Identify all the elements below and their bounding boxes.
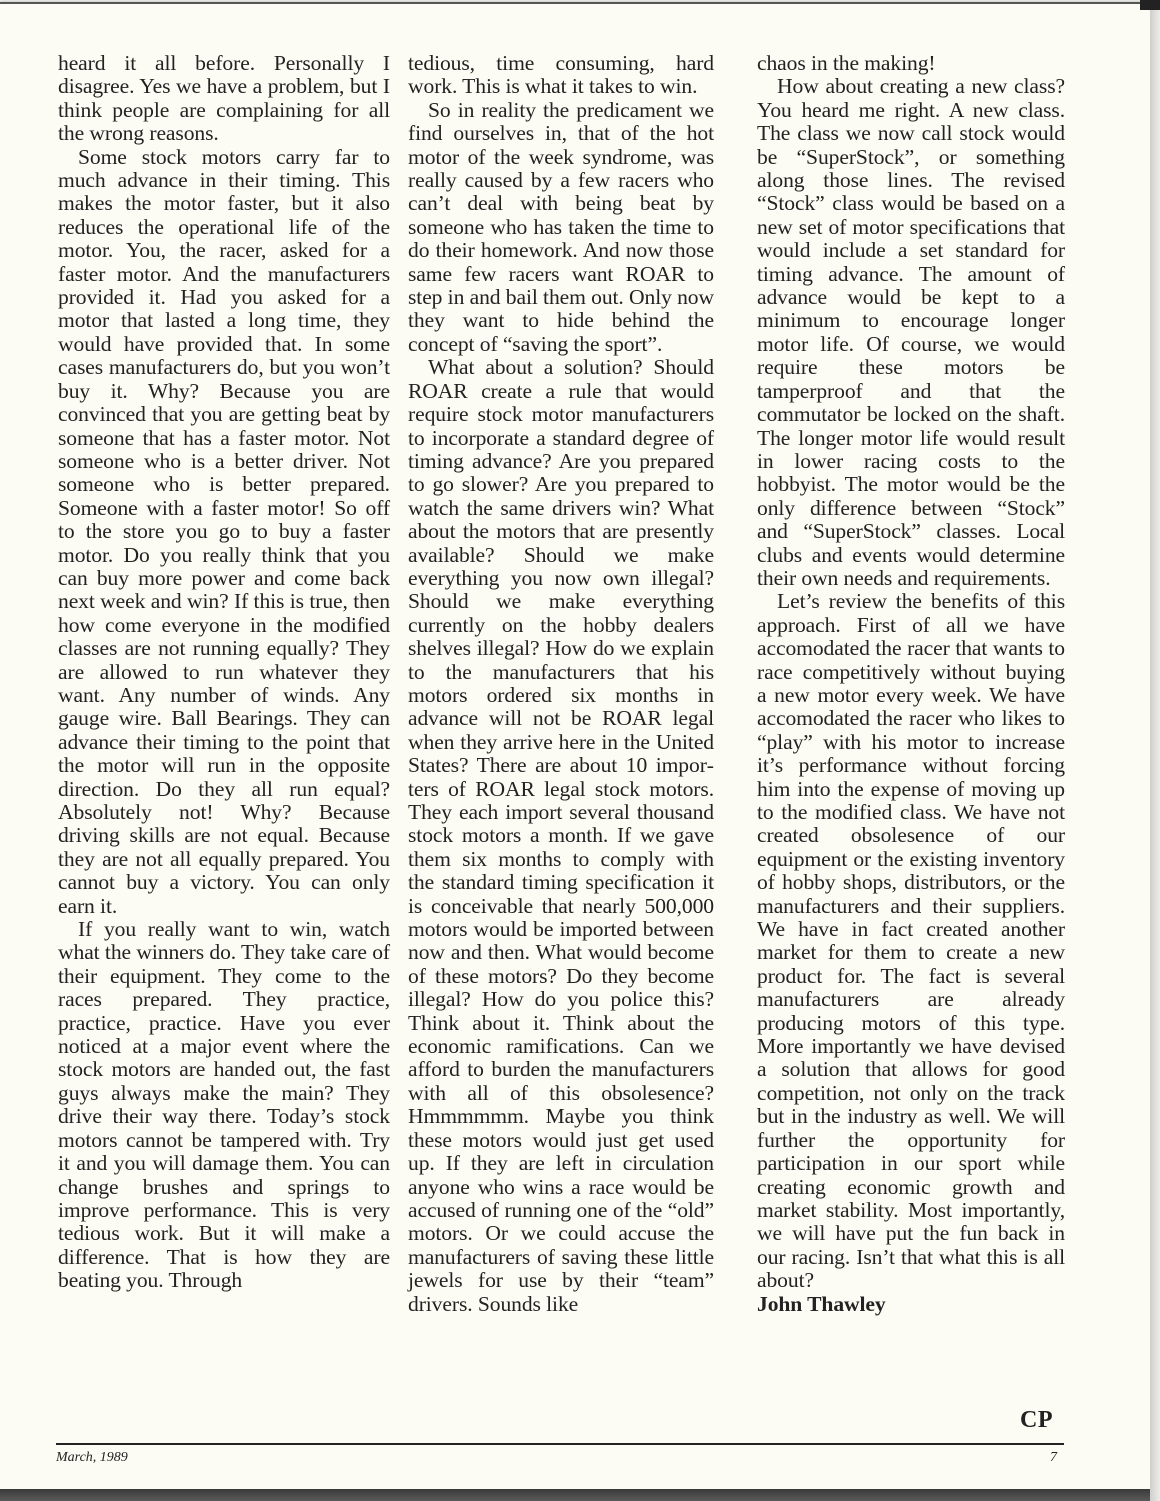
footer-divider	[56, 1443, 1064, 1445]
paragraph: tedious, time consuming, hard work. This…	[408, 52, 714, 99]
paragraph: How about creating a new class? You hear…	[757, 75, 1065, 590]
article-column-1: heard it all before. Personally I disagr…	[58, 52, 390, 1293]
paragraph: What about a solution? Should ROAR creat…	[408, 356, 714, 1316]
scan-edge-corner	[1140, 0, 1160, 10]
page-number: 7	[1050, 1450, 1057, 1466]
scan-edge-bottom	[0, 1489, 1150, 1501]
paragraph: If you really want to win, watch what th…	[58, 918, 390, 1293]
magazine-page: heard it all before. Personally I disagr…	[0, 2, 1150, 1491]
issue-date: March, 1989	[56, 1450, 128, 1466]
paragraph: So in reality the predicament we find ou…	[408, 99, 714, 356]
article-column-2: tedious, time consuming, hard work. This…	[408, 52, 714, 1316]
scan-edge-right	[1150, 0, 1160, 1501]
end-mark: CP	[1020, 1407, 1053, 1434]
paragraph: chaos in the making!	[757, 52, 1065, 75]
paragraph: Some stock motors carry far to much adva…	[58, 146, 390, 918]
paragraph: Let’s review the benefits of this approa…	[757, 590, 1065, 1292]
paragraph: heard it all before. Personally I disagr…	[58, 52, 390, 146]
author-byline: John Thawley	[757, 1293, 1065, 1316]
article-column-3: chaos in the making! How about creating …	[757, 52, 1065, 1316]
